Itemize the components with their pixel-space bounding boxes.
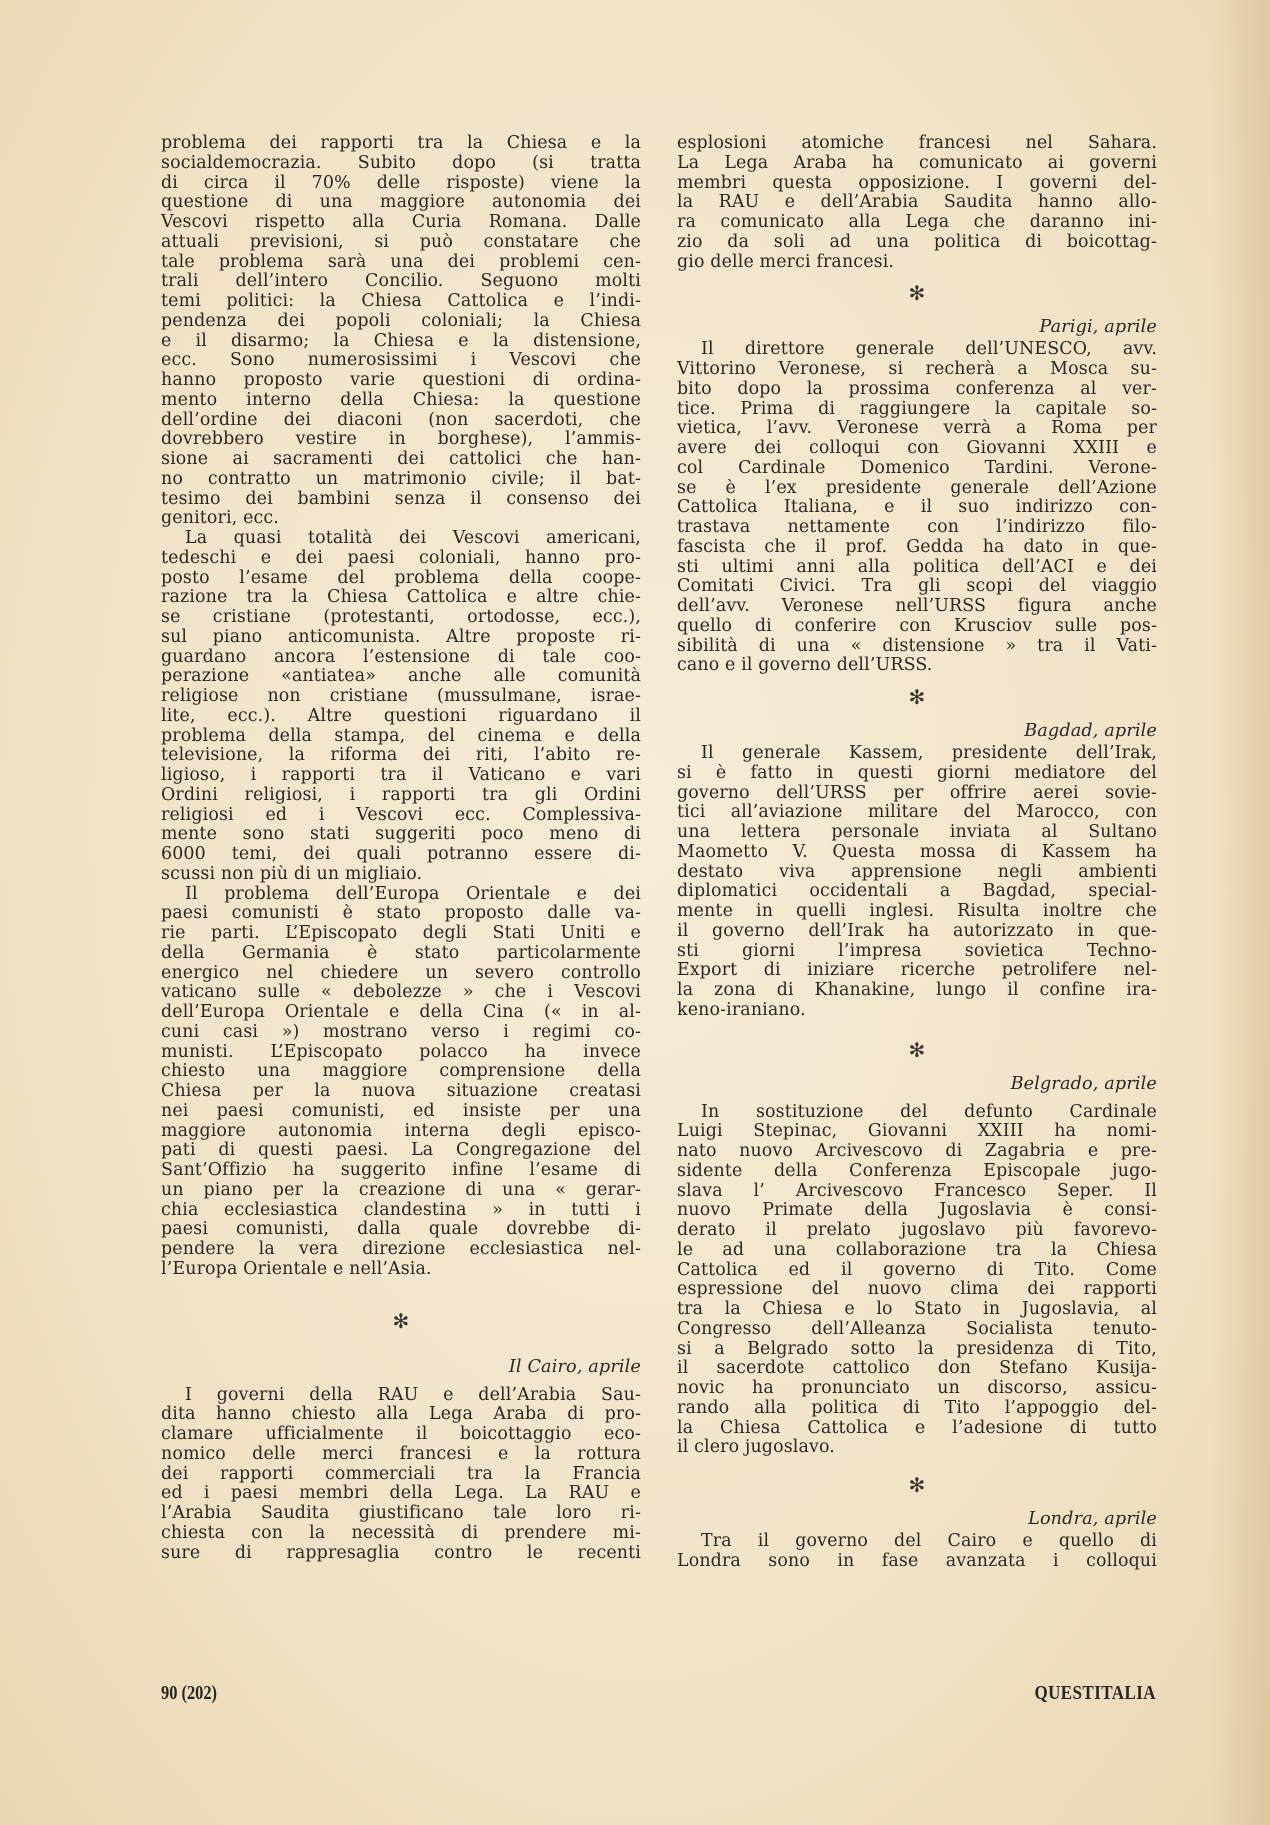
text-line: paesi comunisti è stato proposto dalle v… <box>161 904 641 924</box>
text-line: rie parti. L’Episcopato degli Stati Unit… <box>161 924 641 944</box>
text-line: pendere la vera direzione ecclesiastica … <box>161 1240 641 1260</box>
text-line: si a Belgrado sotto la presidenza di Tit… <box>677 1340 1157 1360</box>
text-line: il governo dell’Irak ha autorizzato in q… <box>677 922 1157 942</box>
text-line: energico nel chiedere un severo controll… <box>161 964 641 984</box>
text-line: Chiesa per la nuova situazione creatasi <box>161 1082 641 1102</box>
article-paragraph: La quasi totalità dei Vescovi americani,… <box>161 529 641 885</box>
text-line: destato viva apprensione negli ambienti <box>677 863 1157 883</box>
text-line: Tra il governo del Cairo e quello di <box>677 1532 1157 1552</box>
text-line: posto l’esame del problema della coope- <box>161 569 641 589</box>
publication-name: QUESTITALIA <box>1034 1682 1156 1705</box>
text-line: ra comunicato alla Lega che daranno ini- <box>677 213 1157 233</box>
article-paragraph-parigi: Il direttore generale dell’UNESCO, avv.V… <box>677 340 1157 676</box>
text-line: In sostituzione del defunto Cardinale <box>677 1103 1157 1123</box>
text-line: zio da soli ad una politica di boicottag… <box>677 233 1157 253</box>
text-line: espressione del nuovo clima dei rapporti <box>677 1280 1157 1300</box>
text-line: ecc. Sono numerosissimi i Vescovi che <box>161 351 641 371</box>
dateline-londra: Londra, aprile <box>677 1506 1157 1532</box>
text-line: la Chiesa Cattolica e l’adesione di tutt… <box>677 1419 1157 1439</box>
text-line: Sant’Offizio ha suggerito infine l’esame… <box>161 1161 641 1181</box>
section-separator-asterisk: ✻ <box>677 1029 1157 1071</box>
article-paragraph-bagdad: Il generale Kassem, presidente dell’Irak… <box>677 744 1157 1021</box>
dateline-belgrado: Belgrado, aprile <box>677 1071 1157 1097</box>
text-line: col Cardinale Domenico Tardini. Verone- <box>677 459 1157 479</box>
text-line: trastava nettamente con l’indirizzo filo… <box>677 518 1157 538</box>
article-paragraph-londra: Tra il governo del Cairo e quello diLond… <box>677 1532 1157 1572</box>
text-line: l’Arabia Saudita giustificano tale loro … <box>161 1504 641 1524</box>
magazine-page: problema dei rapporti tra la Chiesa e la… <box>0 0 1270 1825</box>
text-line: Londra sono in fase avanzata i colloqui <box>677 1552 1157 1572</box>
page-number: 90 (202) <box>161 1682 217 1705</box>
text-line: derato il prelato jugoslavo più favorevo… <box>677 1221 1157 1241</box>
text-line: tedeschi e dei paesi coloniali, hanno pr… <box>161 549 641 569</box>
text-line: dell’avv. Veronese nell’URSS figura anch… <box>677 597 1157 617</box>
text-line: La quasi totalità dei Vescovi americani, <box>161 529 641 549</box>
text-line: chia ecclesiastica clandestina » in tutt… <box>161 1201 641 1221</box>
text-line: diplomatici occidentali a Bagdad, specia… <box>677 882 1157 902</box>
text-line: membri questa opposizione. I governi del… <box>677 174 1157 194</box>
text-line: governo dell’URSS per offrire aerei sovi… <box>677 784 1157 804</box>
text-line: trali dell’intero Concilio. Seguono molt… <box>161 272 641 292</box>
right-column: esplosioni atomiche francesi nel Sahara.… <box>677 134 1157 1572</box>
text-line: lite, ecc.). Altre questioni riguardano … <box>161 707 641 727</box>
dateline-cairo: Il Cairo, aprile <box>161 1354 641 1380</box>
text-line: keno-iraniano. <box>677 1001 1157 1021</box>
text-line: avere dei colloqui con Giovanni XXIII e <box>677 439 1157 459</box>
text-line: genitori, ecc. <box>161 509 641 529</box>
text-line: novic ha pronunciato un discorso, assicu… <box>677 1379 1157 1399</box>
text-line: questione di una maggiore autonomia dei <box>161 193 641 213</box>
text-line: scussi non più di un migliaio. <box>161 865 641 885</box>
text-line: le ad una collaborazione tra la Chiesa <box>677 1241 1157 1261</box>
text-line: della Germania è stato particolarmente <box>161 944 641 964</box>
text-line: l’Europa Orientale e nell’Asia. <box>161 1260 641 1280</box>
text-line: chiesto una maggiore comprensione della <box>161 1062 641 1082</box>
text-line: Il problema dell’Europa Orientale e dei <box>161 885 641 905</box>
text-line: il clero jugoslavo. <box>677 1438 1157 1458</box>
text-line: slava l’ Arcivescovo Francesco Seper. Il <box>677 1182 1157 1202</box>
text-line: tale problema sarà una dei problemi cen- <box>161 253 641 273</box>
text-line: di circa il 70% delle risposte) viene la <box>161 174 641 194</box>
text-line: Maometto V. Questa mossa di Kassem ha <box>677 843 1157 863</box>
text-line: vietica, l’avv. Veronese verrà a Roma pe… <box>677 419 1157 439</box>
text-line: Cattolica Italiana, e il suo indirizzo c… <box>677 498 1157 518</box>
text-line: Ordini religiosi, i rapporti tra gli Ord… <box>161 786 641 806</box>
text-line: problema dei rapporti tra la Chiesa e la <box>161 134 641 154</box>
text-line: Congresso dell’Alleanza Socialista tenut… <box>677 1320 1157 1340</box>
text-line: Export di iniziare ricerche petrolifere … <box>677 961 1157 981</box>
text-line: Il direttore generale dell’UNESCO, avv. <box>677 340 1157 360</box>
text-line: la zona di Khanakine, lungo il confine i… <box>677 981 1157 1001</box>
text-line: sti ultimi anni alla politica dell’ACI e… <box>677 558 1157 578</box>
text-line: nato nuovo Arcivescovo di Zagabria e pre… <box>677 1142 1157 1162</box>
text-line: tice. Prima di raggiungere la capitale s… <box>677 400 1157 420</box>
text-line: attuali previsioni, si può constatare ch… <box>161 233 641 253</box>
text-line: 6000 temi, dei quali potranno essere di- <box>161 845 641 865</box>
text-line: Cattolica ed il governo di Tito. Come <box>677 1261 1157 1281</box>
article-paragraph-cairo: I governi della RAU e dell’Arabia Sau-di… <box>161 1386 641 1564</box>
text-line: dita hanno chiesto alla Lega Araba di pr… <box>161 1405 641 1425</box>
text-line: La Lega Araba ha comunicato ai governi <box>677 154 1157 174</box>
section-separator-asterisk: ✻ <box>677 272 1157 314</box>
text-line: Vittorino Veronese, si recherà a Mosca s… <box>677 360 1157 380</box>
text-line: temi politici: la Chiesa Cattolica e l’i… <box>161 292 641 312</box>
text-line: problema della stampa, del cinema e dell… <box>161 727 641 747</box>
text-line: maggiore autonomia interna degli episco- <box>161 1122 641 1142</box>
text-line: religiosi ed i Vescovi ecc. Complessiva- <box>161 806 641 826</box>
text-line: fascista che il prof. Gedda ha dato in q… <box>677 538 1157 558</box>
text-line: dei rapporti commerciali tra la Francia <box>161 1465 641 1485</box>
text-line: mente in quelli inglesi. Risulta inoltre… <box>677 902 1157 922</box>
text-line: Comitati Civici. Tra gli scopi del viagg… <box>677 577 1157 597</box>
text-line: no contratto un matrimonio civile; il ba… <box>161 470 641 490</box>
section-separator-asterisk: ✻ <box>677 676 1157 718</box>
text-line: dovrebbero vestire in borghese), l’ammis… <box>161 430 641 450</box>
text-line: Il generale Kassem, presidente dell’Irak… <box>677 744 1157 764</box>
text-line: tra la Chiesa e lo Stato in Jugoslavia, … <box>677 1300 1157 1320</box>
text-line: paesi comunisti, dalla quale dovrebbe di… <box>161 1220 641 1240</box>
text-line: religiose non cristiane (mussulmane, isr… <box>161 687 641 707</box>
text-line: dell’ordine dei diaconi (non sacerdoti, … <box>161 411 641 431</box>
text-line: bito dopo la prossima conferenza al ver- <box>677 380 1157 400</box>
article-paragraph-cairo-continued: esplosioni atomiche francesi nel Sahara.… <box>677 134 1157 272</box>
text-line: chiesta con la necessità di prendere mi- <box>161 1524 641 1544</box>
text-line: mente sono stati suggeriti poco meno di <box>161 825 641 845</box>
text-line: ed i paesi membri della Lega. La RAU e <box>161 1484 641 1504</box>
text-line: nomico delle merci francesi e la rottura <box>161 1445 641 1465</box>
text-line: I governi della RAU e dell’Arabia Sau- <box>161 1386 641 1406</box>
text-line: sul piano anticomunista. Altre proposte … <box>161 628 641 648</box>
text-line: mento interno della Chiesa: la questione <box>161 391 641 411</box>
text-line: Vescovi rispetto alla Curia Romana. Dall… <box>161 213 641 233</box>
text-line: se cristiane (protestanti, ortodosse, ec… <box>161 608 641 628</box>
text-line: sibilità di una « distensione » tra il V… <box>677 637 1157 657</box>
text-line: esplosioni atomiche francesi nel Sahara. <box>677 134 1157 154</box>
text-line: pendenza dei popoli coloniali; la Chiesa <box>161 312 641 332</box>
text-line: guardano ancora l’estensione di tale coo… <box>161 648 641 668</box>
text-line: Luigi Stepinac, Giovanni XXIII ha nomi- <box>677 1122 1157 1142</box>
text-line: sidente della Conferenza Episcopale jugo… <box>677 1162 1157 1182</box>
text-line: televisione, la riforma dei riti, l’abit… <box>161 746 641 766</box>
text-line: rando alla politica di Tito l’appoggio d… <box>677 1399 1157 1419</box>
text-line: socialdemocrazia. Subito dopo (si tratta <box>161 154 641 174</box>
page-edge-shading <box>1210 0 1270 1825</box>
text-line: razione tra la Chiesa Cattolica e altre … <box>161 588 641 608</box>
text-line: cano e il governo dell’URSS. <box>677 656 1157 676</box>
section-separator-asterisk: ✻ <box>161 1300 641 1342</box>
article-paragraph-belgrado: In sostituzione del defunto CardinaleLui… <box>677 1103 1157 1459</box>
text-line: un piano per la creazione di una « gerar… <box>161 1181 641 1201</box>
text-line: sti giorni l’impresa sovietica Techno- <box>677 942 1157 962</box>
text-line: gio delle merci francesi. <box>677 253 1157 273</box>
text-line: si è fatto in questi giorni mediatore de… <box>677 764 1157 784</box>
text-line: la RAU e dell’Arabia Saudita hanno allo- <box>677 193 1157 213</box>
text-line: nei paesi comunisti, ed insiste per una <box>161 1102 641 1122</box>
section-separator-asterisk: ✻ <box>677 1464 1157 1506</box>
text-line: il sacerdote cattolico don Stefano Kusij… <box>677 1359 1157 1379</box>
text-line: clamare ufficialmente il boicottaggio ec… <box>161 1425 641 1445</box>
text-line: e il disarmo; la Chiesa e la distensione… <box>161 332 641 352</box>
text-line: perazione «antiatea» anche alle comunità <box>161 667 641 687</box>
text-line: pati di questi paesi. La Congregazione d… <box>161 1141 641 1161</box>
text-line: sione ai sacramenti dei cattolici che ha… <box>161 450 641 470</box>
text-line: tici all’aviazione militare del Marocco,… <box>677 803 1157 823</box>
text-line: vaticano sulle « debolezze » che i Vesco… <box>161 983 641 1003</box>
dateline-bagdad: Bagdad, aprile <box>677 718 1157 744</box>
text-line: nuovo Primate della Jugoslavia è consi- <box>677 1201 1157 1221</box>
article-paragraph: problema dei rapporti tra la Chiesa e la… <box>161 134 641 529</box>
text-line: ligioso, i rapporti tra il Vaticano e va… <box>161 766 641 786</box>
dateline-parigi: Parigi, aprile <box>677 314 1157 340</box>
text-line: una lettera personale inviata al Sultano <box>677 823 1157 843</box>
article-paragraph: Il problema dell’Europa Orientale e deip… <box>161 885 641 1280</box>
text-line: dell’Europa Orientale e della Cina (« in… <box>161 1003 641 1023</box>
left-column: problema dei rapporti tra la Chiesa e la… <box>161 134 641 1563</box>
text-line: cuni casi ») mostrano verso i regimi co- <box>161 1023 641 1043</box>
text-line: tesimo dei bambini senza il consenso dei <box>161 490 641 510</box>
text-line: se è l’ex presidente generale dell’Azion… <box>677 479 1157 499</box>
text-line: munisti. L’Episcopato polacco ha invece <box>161 1043 641 1063</box>
text-line: hanno proposto varie questioni di ordina… <box>161 371 641 391</box>
text-line: sure di rappresaglia contro le recenti <box>161 1544 641 1564</box>
text-line: quello di conferire con Krusciov sulle p… <box>677 617 1157 637</box>
